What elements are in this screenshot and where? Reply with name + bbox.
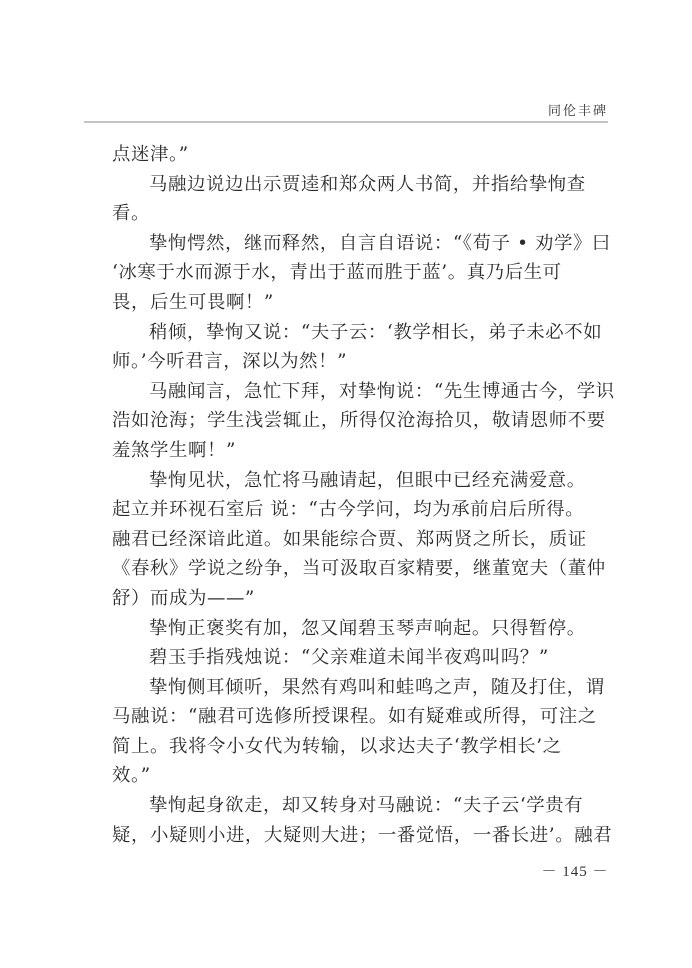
text-line: 师。’今听君言，深以为然！” xyxy=(112,347,602,377)
running-header-title: 同伦丰碑 xyxy=(84,100,608,119)
text-line: 碧玉手指残烛说：“父亲难道未闻半夜鸡叫吗？” xyxy=(112,643,602,673)
text-line: 挚恂正褒奖有加，忽又闻碧玉琴声响起。只得暂停。 xyxy=(112,614,602,644)
text-line: 浩如沧海；学生浅尝辄止，所得仅沧海拾贝，敬请恩师不要 xyxy=(112,406,602,436)
text-line: 融君已经深谙此道。如果能综合贾、郑两贤之所长，质证 xyxy=(112,525,602,555)
header-rule xyxy=(84,121,608,123)
text-line: 挚恂见状，急忙将马融请起，但眼中已经充满爱意。 xyxy=(112,466,602,496)
text-line: 效。” xyxy=(112,761,602,791)
text-line: 点迷津。” xyxy=(112,140,602,170)
page-number: － 145 － xyxy=(540,860,610,881)
text-line: 挚恂侧耳倾听，果然有鸡叫和蛙鸣之声，随及打住，谓 xyxy=(112,673,602,703)
text-line: 《春秋》学说之纷争，当可汲取百家精要，继董宽夫（董仲 xyxy=(112,554,602,584)
text-line: 起立并环视石室后 说：“古今学问，均为承前启后所得。 xyxy=(112,495,602,525)
text-line: 马融说：“融君可选修所授课程。如有疑难或所得，可注之 xyxy=(112,702,602,732)
text-line: 挚恂愕然，继而释然，自言自语说：“《荀子 • 劝学》曰 xyxy=(112,229,602,259)
text-line: 马融闻言，急忙下拜，对挚恂说：“先生博通古今，学识 xyxy=(112,377,602,407)
text-line: 看。 xyxy=(112,199,602,229)
text-line: 畏，后生可畏啊！” xyxy=(112,288,602,318)
text-line: 羞煞学生啊！” xyxy=(112,436,602,466)
text-line: 挚恂起身欲走，却又转身对马融说：“夫子云‘学贵有 xyxy=(112,791,602,821)
text-line: 简上。我将令小女代为转输，以求达夫子‘教学相长’之 xyxy=(112,732,602,762)
page-body: 点迷津。” 马融边说边出示贾逵和郑众两人书简，并指给挚恂查 看。 挚恂愕然，继而… xyxy=(112,140,602,850)
text-line: 马融边说边出示贾逵和郑众两人书简，并指给挚恂查 xyxy=(112,170,602,200)
text-line: 疑，小疑则小进，大疑则大进；一番觉悟，一番长进’。融君 xyxy=(112,821,602,851)
text-line: ‘冰寒于水而源于水，青出于蓝而胜于蓝’。真乃后生可 xyxy=(112,258,602,288)
text-line: 稍倾，挚恂又说：“夫子云：‘教学相长，弟子未必不如 xyxy=(112,318,602,348)
text-line: 舒）而成为——” xyxy=(112,584,602,614)
